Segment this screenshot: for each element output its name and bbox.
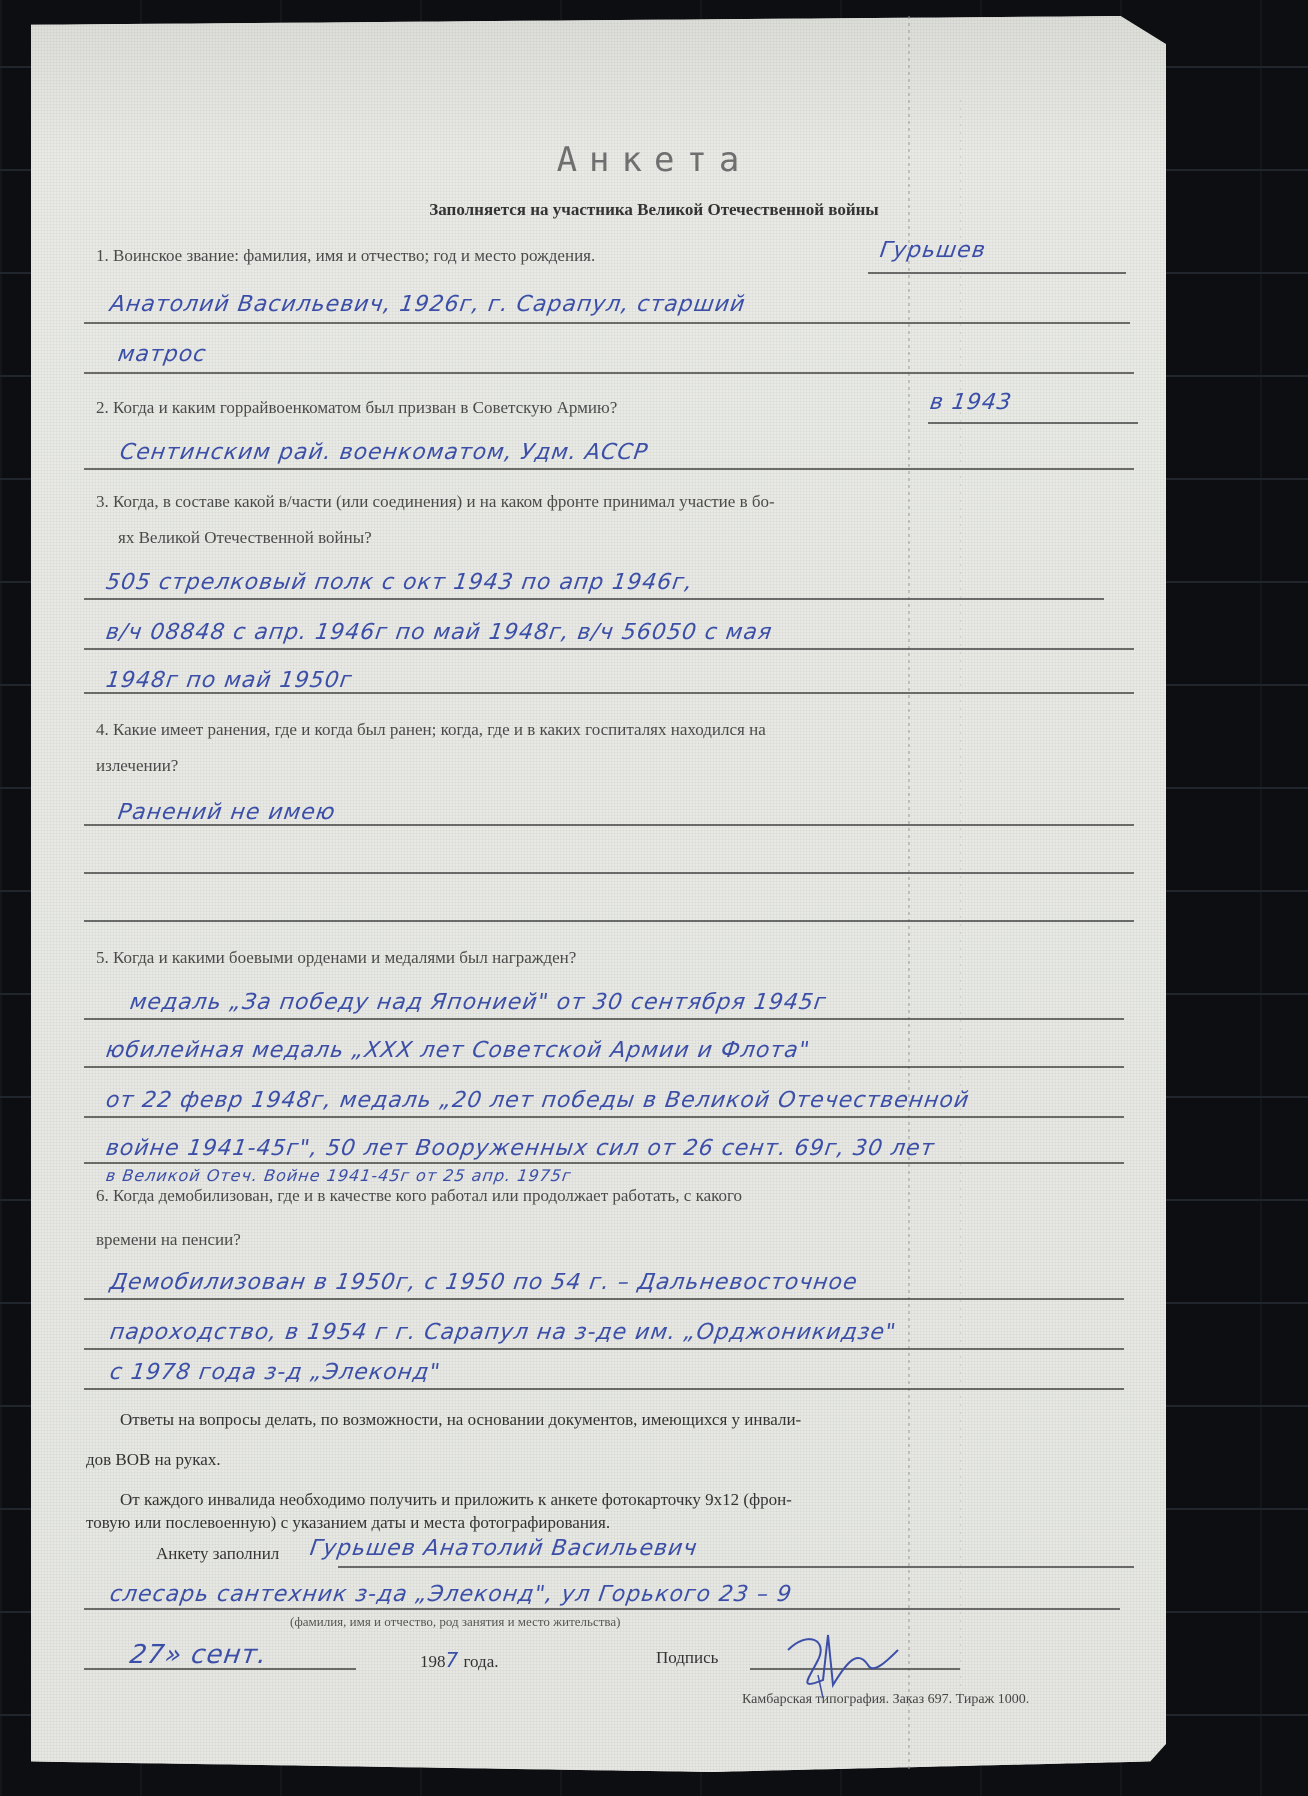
question-2-answer-line-2: Сентинским рай. военкоматом, Удм. АССР <box>118 440 650 465</box>
question-4-answer-line-1: Ранений не имею <box>116 800 337 825</box>
question-2-answer-line-1: в 1943 <box>928 390 1013 415</box>
signature-rule <box>84 1608 1120 1610</box>
answer-rule <box>84 468 1134 470</box>
question-3-text-line-1: 3. Когда, в составе какой в/части (или с… <box>96 492 775 512</box>
filled-by-caption: (фамилия, имя и отчество, род занятия и … <box>290 1614 620 1630</box>
answer-rule <box>84 648 1134 650</box>
question-1-answer-line-2: Анатолий Васильевич, 1926г, г. Сарапул, … <box>108 292 747 317</box>
question-5-text: 5. Когда и какими боевыми орденами и мед… <box>96 948 576 968</box>
question-1-answer-line-3: матрос <box>116 342 208 367</box>
question-6-text-line-1: 6. Когда демобилизован, где и в качестве… <box>96 1186 742 1206</box>
question-2-text: 2. Когда и каким горрайвоенкоматом был п… <box>96 398 617 418</box>
answer-rule <box>84 322 1130 324</box>
year-suffix: года. <box>463 1652 498 1671</box>
question-5-answer-line-4: войне 1941-45г", 50 лет Вооруженных сил … <box>104 1136 936 1161</box>
filled-by-label: Анкету заполнил <box>156 1544 279 1564</box>
document-subtitle: Заполняется на участника Великой Отечест… <box>0 200 1308 220</box>
question-1-answer-line-1: Гурьшев <box>878 238 987 263</box>
question-3-answer-line-2: в/ч 08848 с апр. 1946г по май 1948г, в/ч… <box>104 620 774 645</box>
instruction-2-line-2: товую или послевоенную) с указанием даты… <box>86 1513 610 1533</box>
answer-rule <box>928 422 1138 424</box>
question-4-text-line-1: 4. Какие имеет ранения, где и когда был … <box>96 720 766 740</box>
filled-by-name: Гурьшев Анатолий Васильевич <box>308 1536 699 1561</box>
signature-label: Подпись <box>656 1648 718 1668</box>
question-5-answer-line-5: в Великой Отеч. Войне 1941-45г от 25 апр… <box>105 1166 573 1185</box>
answer-rule <box>84 1116 1124 1118</box>
answer-rule <box>84 872 1134 874</box>
answer-rule <box>84 920 1134 922</box>
document-title: Анкета <box>0 140 1308 180</box>
fold-line <box>960 100 961 1700</box>
question-5-answer-line-2: юбилейная медаль „XXX лет Советской Арми… <box>104 1038 811 1063</box>
question-6-text-line-2: времени на пенсии? <box>96 1230 241 1250</box>
answer-rule <box>84 1388 1124 1390</box>
fold-line <box>908 16 910 1772</box>
question-5-answer-line-1: медаль „За победу над Японией" от 30 сен… <box>128 990 828 1015</box>
question-3-answer-line-1: 505 стрелковый полк с окт 1943 по апр 19… <box>104 570 694 595</box>
signature-rule <box>338 1566 1134 1568</box>
question-3-answer-line-3: 1948г по май 1950г <box>104 668 354 693</box>
printer-info: Камбарская типография. Заказ 697. Тираж … <box>742 1692 1029 1708</box>
question-6-answer-line-3: с 1978 года з-д „Элеконд" <box>108 1360 442 1385</box>
answer-rule <box>84 824 1134 826</box>
year-label: 1987 года. <box>420 1648 499 1672</box>
instruction-1-line-1: Ответы на вопросы делать, по возможности… <box>120 1410 801 1430</box>
answer-rule <box>84 692 1134 694</box>
filled-by-occupation-address: слесарь сантехник з-да „Элеконд", ул Гор… <box>108 1582 794 1607</box>
question-6-answer-line-2: пароходство, в 1954 г г. Сарапул на з-де… <box>108 1320 898 1345</box>
year-printed: 198 <box>420 1652 446 1671</box>
date-rule <box>84 1668 356 1670</box>
question-6-answer-line-1: Демобилизован в 1950г, с 1950 по 54 г. –… <box>108 1270 859 1295</box>
date-value: 27» сент. <box>128 1640 269 1670</box>
question-4-text-line-2: излечении? <box>96 756 178 776</box>
year-handwritten-digit: 7 <box>446 1648 460 1672</box>
signature-mark <box>778 1620 908 1700</box>
answer-rule <box>84 1018 1124 1020</box>
answer-rule <box>84 372 1134 374</box>
answer-rule <box>84 1348 1124 1350</box>
answer-rule <box>84 1298 1124 1300</box>
answer-rule <box>84 1066 1124 1068</box>
instruction-1-line-2: дов ВОВ на руках. <box>86 1450 221 1470</box>
answer-rule <box>84 1162 1124 1164</box>
question-3-text-line-2: ях Великой Отечественной войны? <box>118 528 372 548</box>
instruction-2-line-1: От каждого инвалида необходимо получить … <box>120 1490 792 1510</box>
answer-rule <box>84 598 1104 600</box>
question-1-text: 1. Воинское звание: фамилия, имя и отчес… <box>96 246 595 266</box>
answer-rule <box>868 272 1126 274</box>
question-5-answer-line-3: от 22 февр 1948г, медаль „20 лет победы … <box>104 1088 971 1113</box>
